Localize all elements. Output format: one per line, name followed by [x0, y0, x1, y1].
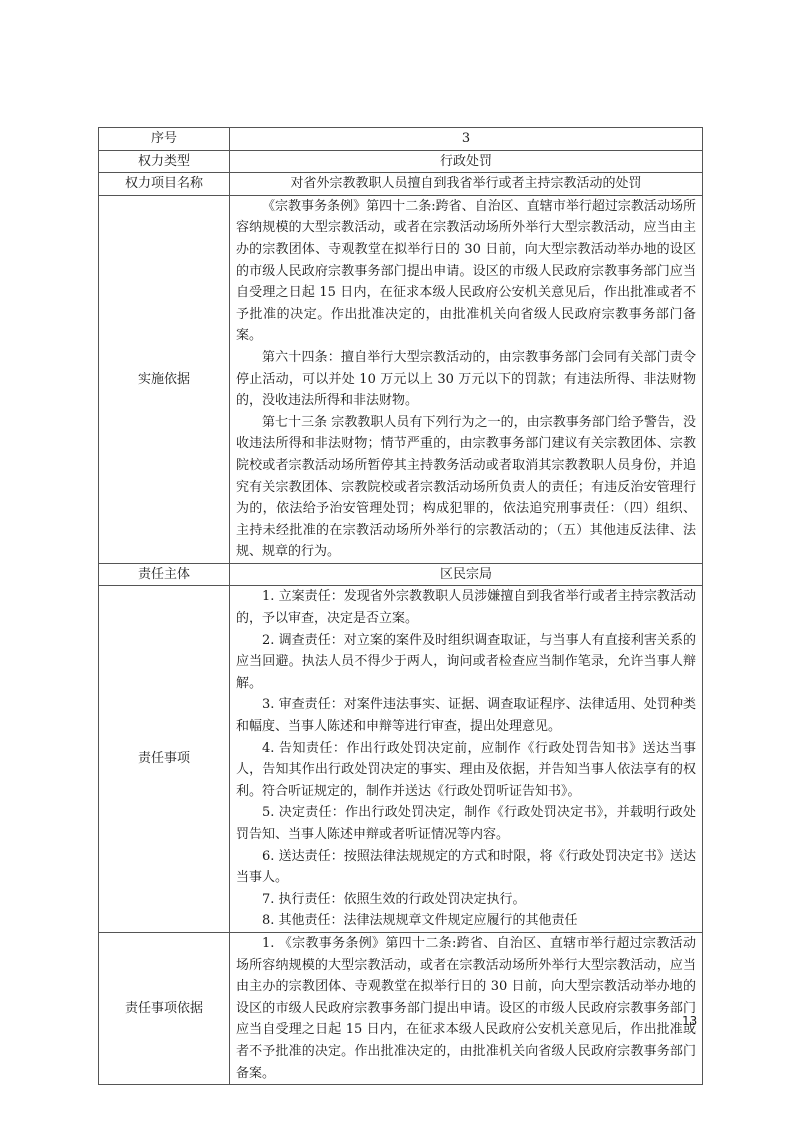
- table-row-power-name: 权力项目名称 对省外宗教教职人员擅自到我省举行或者主持宗教活动的处罚: [99, 173, 703, 196]
- duty-item: 2. 调查责任：对立案的案件及时组织调查取证，与当事人有直接利害关系的应当回避。…: [236, 630, 696, 695]
- page-number: 13: [682, 1014, 697, 1028]
- table-row-duty-basis: 责任事项依据 1. 《宗教事务条例》第四十二条:跨省、自治区、直辖市举行超过宗教…: [99, 932, 703, 1084]
- duty-basis-label: 责任事项依据: [99, 932, 230, 1084]
- table-row-duties: 责任事项 1. 立案责任：发现省外宗教教职人员涉嫌擅自到我省举行或者主持宗教活动…: [99, 586, 703, 933]
- duty-basis-content: 1. 《宗教事务条例》第四十二条:跨省、自治区、直辖市举行超过宗教活动场所容纳规…: [230, 932, 703, 1084]
- duty-item: 8. 其他责任：法律法规规章文件规定应履行的其他责任: [236, 910, 696, 932]
- duty-item: 3. 审查责任：对案件违法事实、证据、调查取证程序、法律适用、处罚种类和幅度、当…: [236, 694, 696, 737]
- duty-item: 1. 立案责任：发现省外宗教教职人员涉嫌擅自到我省举行或者主持宗教活动的，予以审…: [236, 586, 696, 629]
- basis-label: 实施依据: [99, 195, 230, 563]
- basis-content: 《宗教事务条例》第四十二条:跨省、自治区、直辖市举行超过宗教活动场所容纳规模的大…: [230, 195, 703, 563]
- subject-value: 区民宗局: [230, 563, 703, 586]
- serial-value: 3: [230, 128, 703, 151]
- basis-paragraph: 第七十三条 宗教教职人员有下列行为之一的，由宗教事务部门给予警告，没收违法所得和…: [236, 412, 696, 563]
- table-row-serial: 序号 3: [99, 128, 703, 151]
- duty-item: 6. 送达责任：按照法律法规规定的方式和时限，将《行政处罚决定书》送达当事人。: [236, 846, 696, 889]
- duty-item: 7. 执行责任：依照生效的行政处罚决定执行。: [236, 889, 696, 911]
- duties-label: 责任事项: [99, 586, 230, 933]
- duty-item: 5. 决定责任：作出行政处罚决定，制作《行政处罚决定书》，并载明行政处罚告知、当…: [236, 802, 696, 845]
- basis-paragraph: 《宗教事务条例》第四十二条:跨省、自治区、直辖市举行超过宗教活动场所容纳规模的大…: [236, 196, 696, 347]
- duties-content: 1. 立案责任：发现省外宗教教职人员涉嫌擅自到我省举行或者主持宗教活动的，予以审…: [230, 586, 703, 933]
- basis-paragraph: 第六十四条：擅自举行大型宗教活动的，由宗教事务部门会同有关部门责令停止活动，可以…: [236, 347, 696, 412]
- duty-item: 4. 告知责任：作出行政处罚决定前，应制作《行政处罚告知书》送达当事人，告知其作…: [236, 738, 696, 803]
- duty-basis-paragraph: 1. 《宗教事务条例》第四十二条:跨省、自治区、直辖市举行超过宗教活动场所容纳规…: [236, 933, 696, 1084]
- power-name-label: 权力项目名称: [99, 173, 230, 196]
- power-type-label: 权力类型: [99, 150, 230, 173]
- power-type-value: 行政处罚: [230, 150, 703, 173]
- subject-label: 责任主体: [99, 563, 230, 586]
- table-row-power-type: 权力类型 行政处罚: [99, 150, 703, 173]
- power-item-table: 序号 3 权力类型 行政处罚 权力项目名称 对省外宗教教职人员擅自到我省举行或者…: [98, 127, 703, 1085]
- table-row-basis: 实施依据 《宗教事务条例》第四十二条:跨省、自治区、直辖市举行超过宗教活动场所容…: [99, 195, 703, 563]
- serial-label: 序号: [99, 128, 230, 151]
- document-page: 序号 3 权力类型 行政处罚 权力项目名称 对省外宗教教职人员擅自到我省举行或者…: [0, 0, 793, 1122]
- table-row-subject: 责任主体 区民宗局: [99, 563, 703, 586]
- power-name-value: 对省外宗教教职人员擅自到我省举行或者主持宗教活动的处罚: [230, 173, 703, 196]
